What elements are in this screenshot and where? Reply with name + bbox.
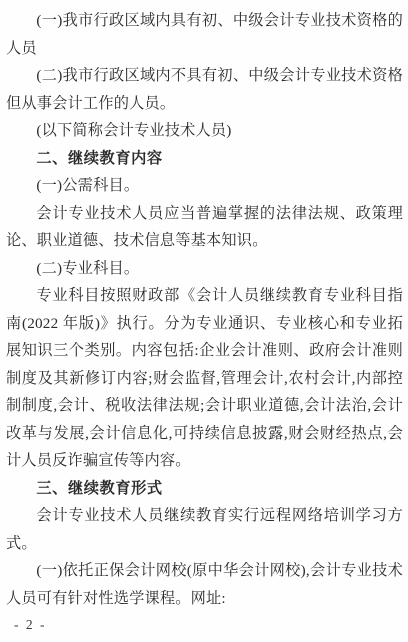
paragraph-abbreviation-note: (以下简称会计专业技术人员) [6, 117, 403, 145]
paragraph-online-school: (一)依托正保会计网校(原中华会计网校),会计专业技术人员可有针对性选学课程。网… [6, 557, 403, 612]
paragraph-professional-subjects-title: (二)专业科目。 [6, 255, 403, 283]
heading-section-3-education-form: 三、继续教育形式 [6, 475, 403, 503]
paragraph-scope-item-1: (一)我市行政区域内具有初、中级会计专业技术资格的人员 [6, 7, 403, 62]
paragraph-training-method: 会计专业技术人员继续教育实行远程网络培训学习方式。 [6, 502, 403, 557]
paragraph-professional-subjects-desc: 专业科目按照财政部《会计人员继续教育专业科目指南(2022 年版)》执行。分为专… [6, 282, 403, 475]
document-body: (一)我市行政区域内具有初、中级会计专业技术资格的人员 (二)我市行政区域内不具… [0, 0, 408, 612]
paragraph-public-subjects-desc: 会计专业技术人员应当普遍掌握的法律法规、政策理论、职业道德、技术信息等基本知识。 [6, 200, 403, 255]
heading-section-2-education-content: 二、继续教育内容 [6, 145, 403, 173]
page-number: - 2 - [14, 617, 47, 633]
paragraph-public-subjects-title: (一)公需科目。 [6, 172, 403, 200]
paragraph-scope-item-2: (二)我市行政区域内不具有初、中级会计专业技术资格但从事会计工作的人员。 [6, 62, 403, 117]
document-page: (一)我市行政区域内具有初、中级会计专业技术资格的人员 (二)我市行政区域内不具… [0, 0, 408, 642]
